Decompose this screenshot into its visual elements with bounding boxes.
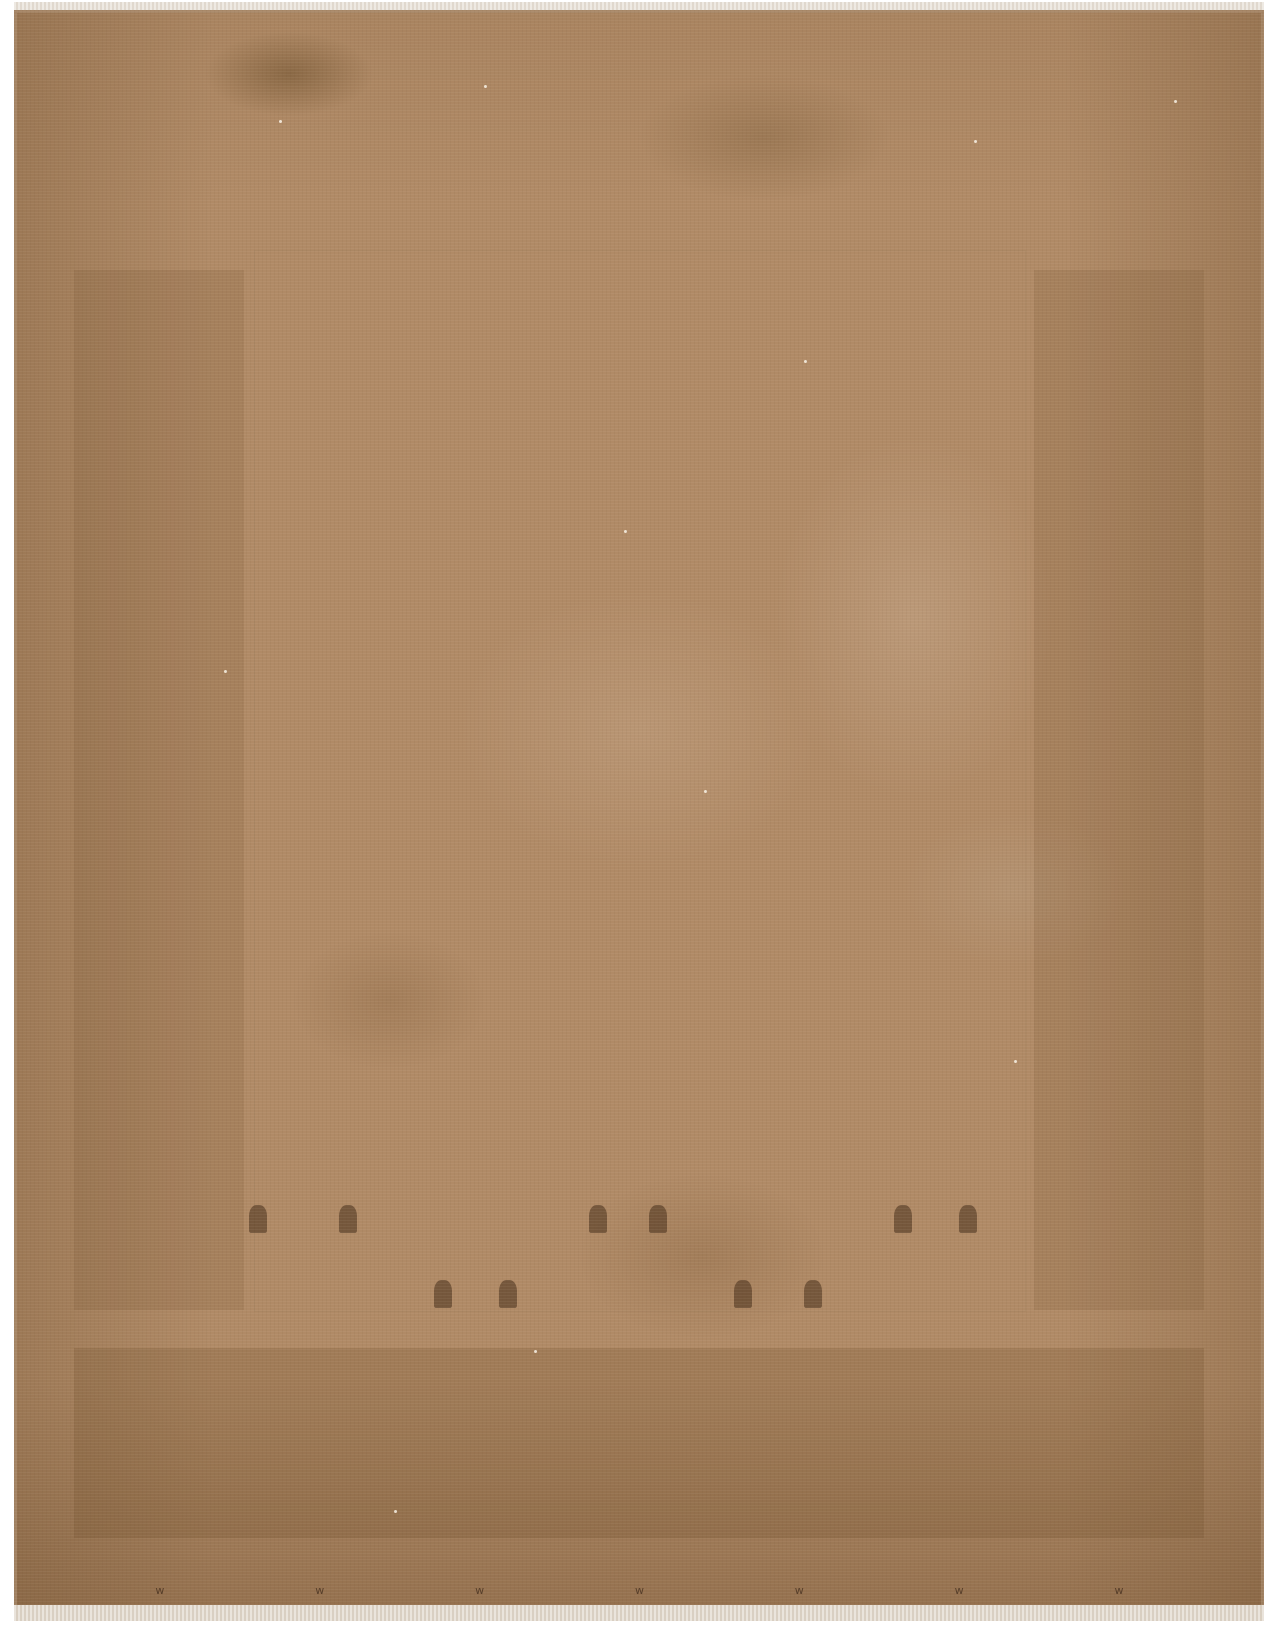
rug-mark: w bbox=[635, 1585, 644, 1597]
rug-motif bbox=[804, 1280, 822, 1308]
rug-motif bbox=[434, 1280, 452, 1308]
rug-motif bbox=[734, 1280, 752, 1308]
rug-mark: w bbox=[795, 1585, 804, 1597]
rug-wear-speck bbox=[1174, 100, 1177, 103]
rug-wear-speck bbox=[624, 530, 627, 533]
rug-motif bbox=[649, 1205, 667, 1233]
rug-wear-speck bbox=[1014, 1060, 1017, 1063]
rug-motif bbox=[959, 1205, 977, 1233]
rug-mark: w bbox=[1114, 1585, 1123, 1597]
rug-right-border bbox=[1034, 270, 1204, 1310]
rug-motif bbox=[339, 1205, 357, 1233]
rug-mark: w bbox=[955, 1585, 964, 1597]
rug-wear-speck bbox=[804, 360, 807, 363]
rug-motif bbox=[589, 1205, 607, 1233]
rug-wear-speck bbox=[704, 790, 707, 793]
rug-mark: w bbox=[315, 1585, 324, 1597]
rug-wear-speck bbox=[224, 670, 227, 673]
photo-stage: w w w w w w w bbox=[0, 0, 1279, 1645]
rug-central-field bbox=[254, 250, 1026, 1312]
rug-wear-speck bbox=[394, 1510, 397, 1513]
rug-mark: w bbox=[475, 1585, 484, 1597]
rug-mark: w bbox=[155, 1585, 164, 1597]
rug-wear-speck bbox=[484, 85, 487, 88]
rug-wear-speck bbox=[974, 140, 977, 143]
rug-bottom-marks: w w w w w w w bbox=[80, 1585, 1199, 1597]
rug-bottom-border bbox=[74, 1348, 1204, 1538]
rug-motif bbox=[894, 1205, 912, 1233]
rug-left-border bbox=[74, 270, 244, 1310]
rug bbox=[14, 10, 1264, 1608]
rug-bottom-fringe bbox=[14, 1605, 1264, 1621]
rug-motif bbox=[499, 1280, 517, 1308]
rug-wear-speck bbox=[279, 120, 282, 123]
rug-wear-speck bbox=[534, 1350, 537, 1353]
rug-motif bbox=[249, 1205, 267, 1233]
